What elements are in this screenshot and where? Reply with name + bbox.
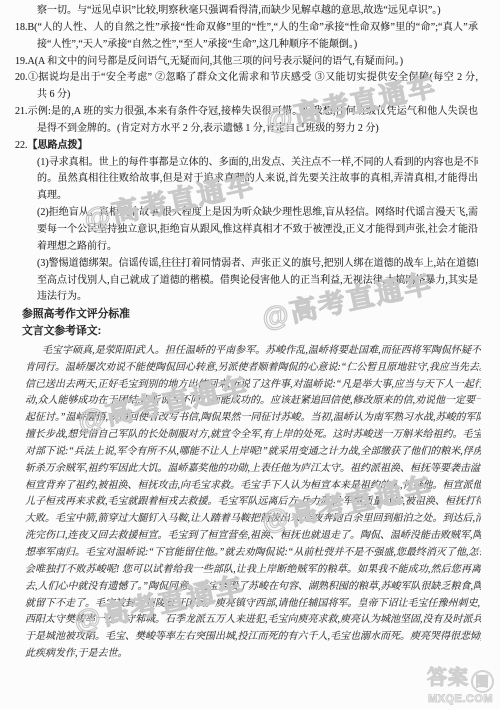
mxqe-logo-name: 答案圈 [427,667,494,693]
analysis-line: 至高点讨伐别人,自己就成了道德的楷模。借舆论侵害他人的正当利益,无视法律,大搞网… [37,273,478,290]
analysis-line: (1)寻求真相。世上的每件事都是立体的、多面的,出发点、关注点不一样,不同的人看… [37,155,478,172]
analysis-line: 的。虽然真相往往败给故事,但是对于追求真理的人来说,首先要关注故事的真相,弄清真… [37,171,478,188]
translation-line: 就留下不走了。毛宝被封为州陵县开国侯。庾亮镇守西部,请他任辅国将军。皇帝下诏让毛… [25,596,481,613]
analysis-line: 违法行为。 [37,289,478,306]
item-number: 22. [15,140,28,151]
answer-line-22: 22.【思路点拨】 [15,138,478,155]
mxqe-logo-badge-icon: 圈 [471,670,494,693]
translation-line: 起征讨。”温峤醒悟,就追回使者改写书信,陶侃果然一同征讨苏峻。当初,温峤认为南军… [25,410,481,427]
item-22-title: 【思路点拨】 [28,140,88,151]
translation-line: 擅长步战,想凭借自己军队的长处制服对方,就宣令全军,有上岸的处死。这时苏峻送一万… [25,427,481,444]
scanned-answer-sheet: 察一切。与“远见卓识”比较,明察秋毫只强调看得清,而缺少见解卓越的意思,故选“远… [0,0,500,710]
mxqe-logo-site: MXQE.COM [427,693,494,706]
analysis-line: 着理想之路前行。 [37,239,478,256]
answer-line: 共 6 分) [37,87,478,104]
translation-line: 斩杀万余贼军,祖约军因此大饥。温峤嘉奖他的功勋,上表任他为庐江太守。祖约派祖涣、… [25,461,481,478]
translation-line: 会唯独打不败苏峻呢! 您可以试着给我一些部队,让我上岸断绝贼军的粮草。如果我不能… [25,562,481,579]
answer-text-block: 察一切。与“远见卓识”比较,明察秋毫只强调看得清,而缺少见解卓越的意思,故选“远… [0,3,500,663]
translation-line: 桓宣背弃了祖约,被祖涣、桓抚攻击,向毛宝求救。毛宝手下人认为桓宣本来是祖约的人,… [25,478,481,495]
analysis-line: (2)拒绝盲从。真相败给故事,很大程度上是因为听众缺少理性思维,盲从轻信。网络时… [37,205,478,222]
heading-essay-standard: 参照高考作文评分标准 [22,306,500,323]
translation-line: 毛宝字硕真,是荥阳阳武人。担任温峤的平南参军。苏峻作乱,温峤将要赴国难,而征西将… [25,343,481,360]
translation-line: 对部下说:“兵法上说,军令有所不从,哪能不让人上岸呢!”就采用变通之计力战,全部… [25,444,481,461]
translation-line: 大败。毛宝中箭,箭穿过大腿钉入马鞍,让人踏着马鞍把箭拔出来,连夜奔跑百余里回到船… [25,511,481,528]
translation-line: 想率军南归。毛宝对温峤说:“下官能留住他。”就去劝陶侃说:“从前杜弢并不是不强盛… [25,545,481,562]
analysis-line: (3)警惕道德绑架。信谣传谣,往往打着同情弱者、声张正义的旗号,把别人绑在道德的… [37,256,478,273]
answer-line: 察一切。与“远见卓识”比较,明察秋毫只强调看得清,而缺少见解卓越的意思,故选“远… [37,3,478,20]
translation-line: 于是城池被攻陷。毛宝、樊峻等率左右突围出城,投江而死的有六千人,毛宝也溺水而死。… [25,629,481,646]
translation-line: 洗完伤口,连夜又回去救援桓宣。毛宝到了桓宣营垒,祖涣、桓抚也就退走了。陶侃、温峤… [25,528,481,545]
answer-line-18: 18.B(“人的人性、人的自然之性”承接“性命双修”里的“性”,“人的生命”承接… [15,20,478,37]
answer-line-19: 19.A(A 和文中的问号都是反问语气,无疑而问,其他三项的问号表示疑问的语气,… [15,54,478,71]
analysis-line: 真理。 [37,188,478,205]
translation-line: 此疾病发作,于是去世。 [25,646,481,663]
translation-line: 动,众人能够成功在于团结,没听说互不同心而能成功的。应该赶紧追回信使,修改原来的… [25,393,481,410]
mxqe-logo-text: 答案 [427,667,469,689]
analysis-line: 要每一个公民坚持独立意识,拒绝盲从跟风,惟这样真相才不致于被湮没,正义才能得到声… [37,222,478,239]
translation-line: 西阳太守樊峻率一万人守邾城。石季龙派五万人来进犯,毛宝向庾亮求救,庾亮认为城池坚… [25,612,481,629]
translation-line: 去,人们心中就没有遗憾了。”陶侃同意。毛宝烧毁了苏峻在句容、湖熟积囤的粮草,苏峻… [25,579,481,596]
mxqe-logo: 答案圈 MXQE.COM [427,667,494,706]
answer-line: 接“人性”,“天人”承接“自然之性”,“至人”承接“生命”,这几种顺序不能颠倒。… [37,37,478,54]
answer-line: 是得不到金牌的。(肯定对方水平 2 分,表示遗憾 1 分,肯定自己班级的努力 2… [37,121,478,138]
heading-translation: 文言文参考译文: [22,323,500,340]
translation-line: 儿子桓戎再来求救,毛宝就跟着桓戎去救援。毛宝军队远离后方,兵力薄弱,军械质量低劣… [25,494,481,511]
answer-line-21: 21.示例:是的,A 班的实力很强,本来有条件夺冠,接棒失误很可惜。但我想,任何… [15,104,478,121]
answer-line-20: 20.①据说均是出于“安全考虑” ②忽略了群众文化需求和节庆感受 ③又能切实提供… [15,70,478,87]
translation-line: 肯同行。温峤屡次劝说不能使陶侃回心转意,另派使者顺着陶侃的心意说:“仁公暂且原地… [25,360,481,377]
translation-line: 信已送出去两天,正好毛宝到别的地方出使回来,听说了这件事,对温峤说:“凡是举大事… [25,377,481,394]
